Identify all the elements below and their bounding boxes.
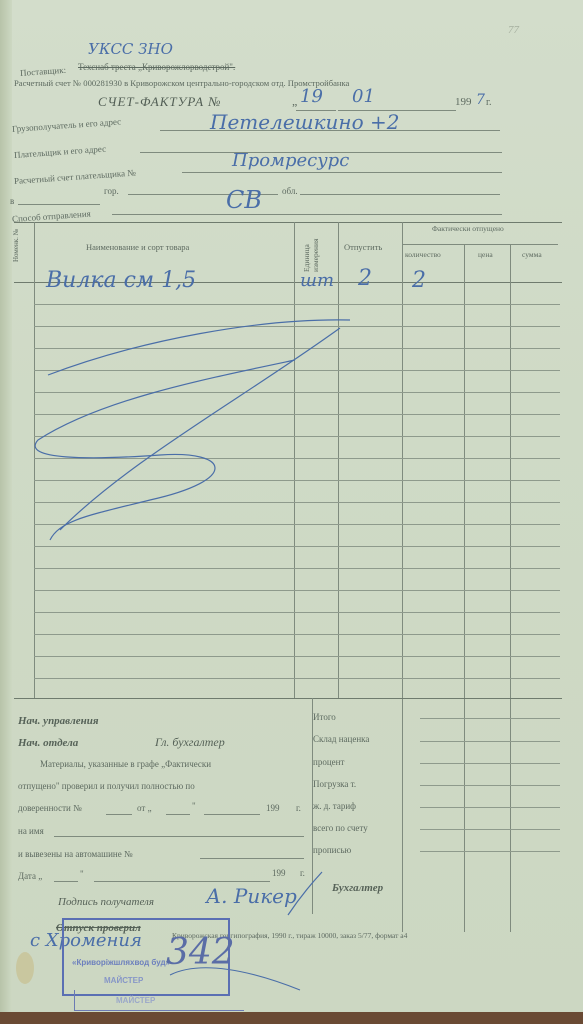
totals-in-words: прописью: [313, 845, 351, 855]
stamp-org: «Криворіжшляхвод буд»: [72, 958, 170, 967]
power-of-attorney-line: [106, 814, 132, 815]
on-name-label: на имя: [18, 826, 44, 836]
from-year: 199: [266, 803, 280, 813]
totals-rail-tariff: ж. д. тариф: [313, 801, 356, 811]
stamp-handwritten-number: 342: [166, 932, 235, 973]
chief-accountant: Гл. бухгалтер: [155, 735, 225, 750]
on-name-line: [54, 836, 304, 837]
accountant-label: Бухгалтер: [332, 882, 383, 894]
date-label: Дата „: [18, 871, 42, 881]
car-number-line: [200, 858, 304, 859]
from-label: от „: [137, 803, 152, 813]
stamp-lower-frame-left: [74, 990, 75, 1010]
from-year-g: г.: [296, 803, 301, 813]
binding-hole: [16, 952, 34, 984]
recipient-signature-label: Подпись получателя: [58, 896, 154, 908]
stamp-lower-frame-bottom: [74, 1010, 244, 1011]
cross-out-scribble: [0, 0, 583, 1024]
materials-text-2: отпущено" проверил и получил полностью п…: [18, 781, 195, 791]
date-month-line: [94, 881, 270, 882]
date-year: 199: [272, 868, 286, 878]
totals-total-invoice: всего по счету: [313, 823, 368, 833]
from-month-line: [204, 814, 260, 815]
totals-loading: Погрузка т.: [313, 779, 356, 789]
date-quote: ": [80, 869, 84, 879]
materials-text-1: Материалы, указанные в графе „Фактически: [40, 759, 211, 769]
from-day-line: [166, 814, 190, 815]
totals-percent: процент: [313, 757, 344, 767]
recipient-signature: А. Рикер: [206, 884, 297, 908]
totals-total: Итого: [313, 712, 336, 722]
stamp-title-1: МАЙСТЕР: [104, 976, 143, 985]
power-of-attorney-label: доверенности №: [18, 803, 82, 813]
totals-warehouse-markup: Склад наценка: [313, 734, 369, 744]
date-year-g: г.: [300, 868, 305, 878]
from-quote: ": [192, 801, 196, 811]
head-of-department: Нач. отдела: [18, 737, 78, 749]
taken-by-car-label: и вывезены на автомашине №: [18, 849, 133, 859]
head-of-management: Нач. управления: [18, 715, 99, 727]
stamp-title-2: МАЙСТЕР: [116, 996, 155, 1005]
date-day-line: [54, 881, 78, 882]
